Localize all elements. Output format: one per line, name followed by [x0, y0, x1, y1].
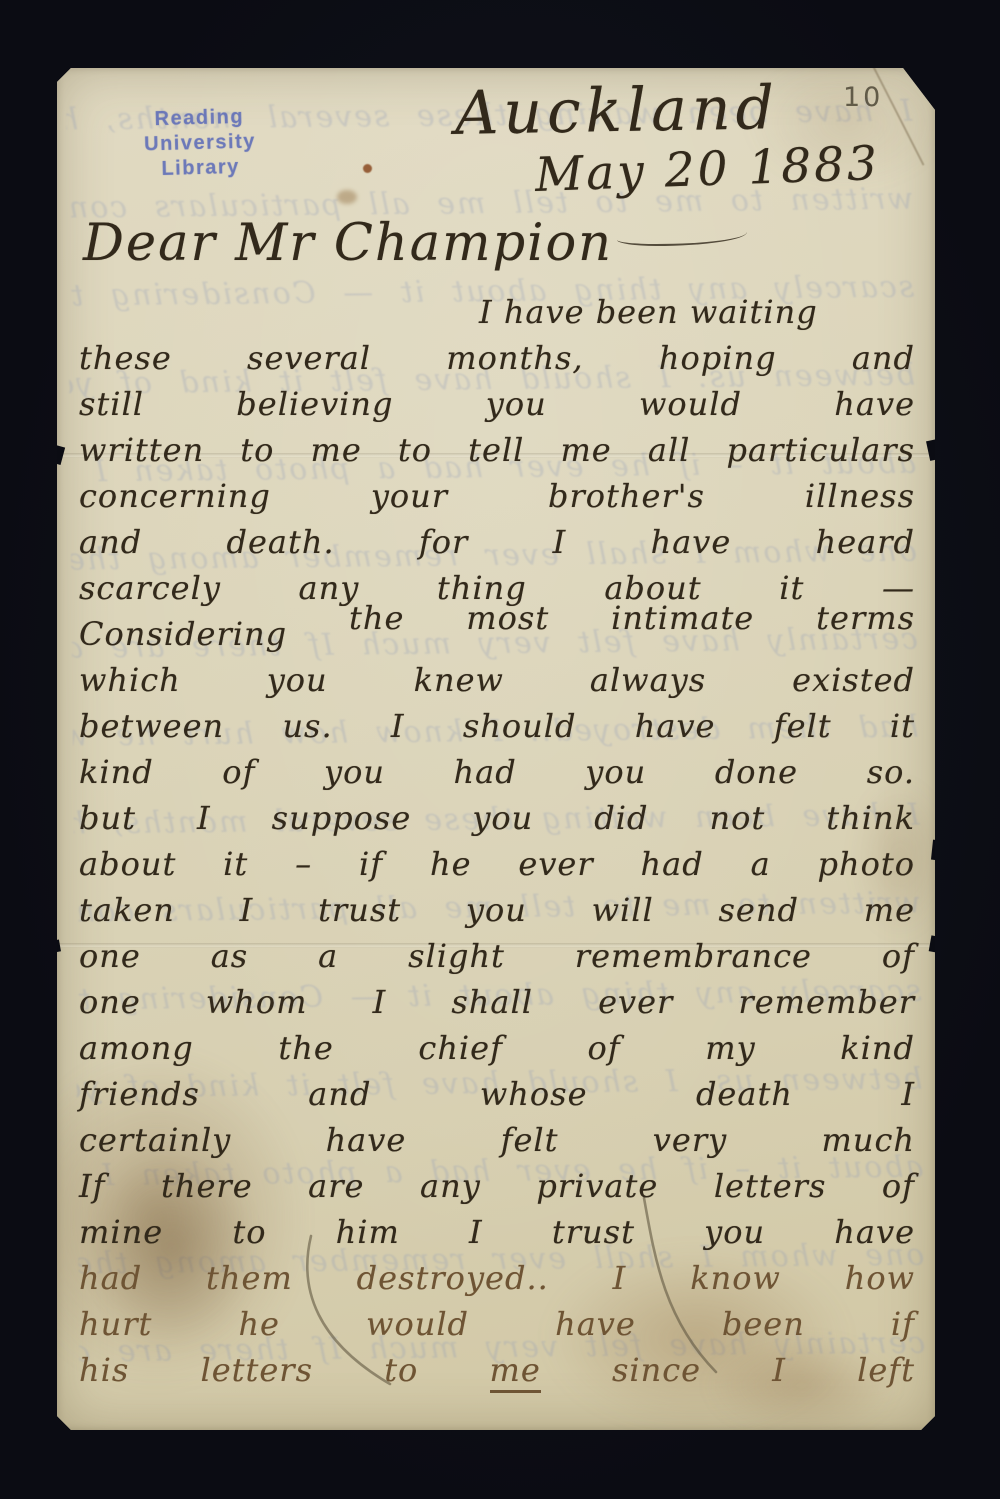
underlined-word: me [490, 1351, 541, 1393]
letter-line: taken I trust you will send me [79, 890, 915, 936]
photo-background: I have been waiting these several months… [0, 0, 1000, 1499]
letter-body: I have been waitingthese several months,… [79, 292, 915, 1396]
letter-line: concerning your brother's illness [79, 476, 915, 522]
letter-salutation: Dear Mr Champion [83, 214, 747, 273]
letter-paper: I have been waiting these several months… [57, 68, 935, 1430]
letter-line: between us. I should have felt it [79, 706, 915, 752]
letter-place: Auckland [454, 73, 779, 149]
inserted-phrase: the most intimate terms [349, 599, 915, 637]
letter-line: written to me to tell me all particulars [79, 430, 915, 476]
letter-line: kind of you had you done so. [79, 752, 915, 798]
letter-line: which you knew always existed [79, 660, 915, 706]
letter-line: Considering the most intimate terms [79, 614, 915, 660]
letter-line: I have been waiting [479, 292, 915, 338]
letter-line: his letters to me since I left [79, 1350, 915, 1396]
letter-line: and death. for I have heard [79, 522, 915, 568]
letter-line: certainly have felt very much [79, 1120, 915, 1166]
library-stamp: Reading University Library [124, 104, 276, 183]
page-number: 10 [843, 82, 883, 113]
letter-line: but I suppose you did not think [79, 798, 915, 844]
letter-line: had them destroyed.. I know how [79, 1258, 915, 1304]
letter-line: If there are any private letters of [79, 1166, 915, 1212]
letter-line: about it – if he ever had a photo [79, 844, 915, 890]
letter-line: one whom I shall ever remember [79, 982, 915, 1028]
letter-line: friends and whose death I [79, 1074, 915, 1120]
letter-line: these several months, hoping and [79, 338, 915, 384]
stamp-line: Library [125, 154, 276, 183]
letter-line: hurt he would have been if [79, 1304, 915, 1350]
letter-line: one as a slight remembrance of [79, 936, 915, 982]
letter-line: mine to him I trust you have [79, 1212, 915, 1258]
salutation-text: Dear Mr Champion [83, 214, 613, 273]
stamp-line: University [125, 129, 276, 158]
letter-line: still believing you would have [79, 384, 915, 430]
pen-flourish [617, 226, 747, 246]
letter-line: among the chief of my kind [79, 1028, 915, 1074]
